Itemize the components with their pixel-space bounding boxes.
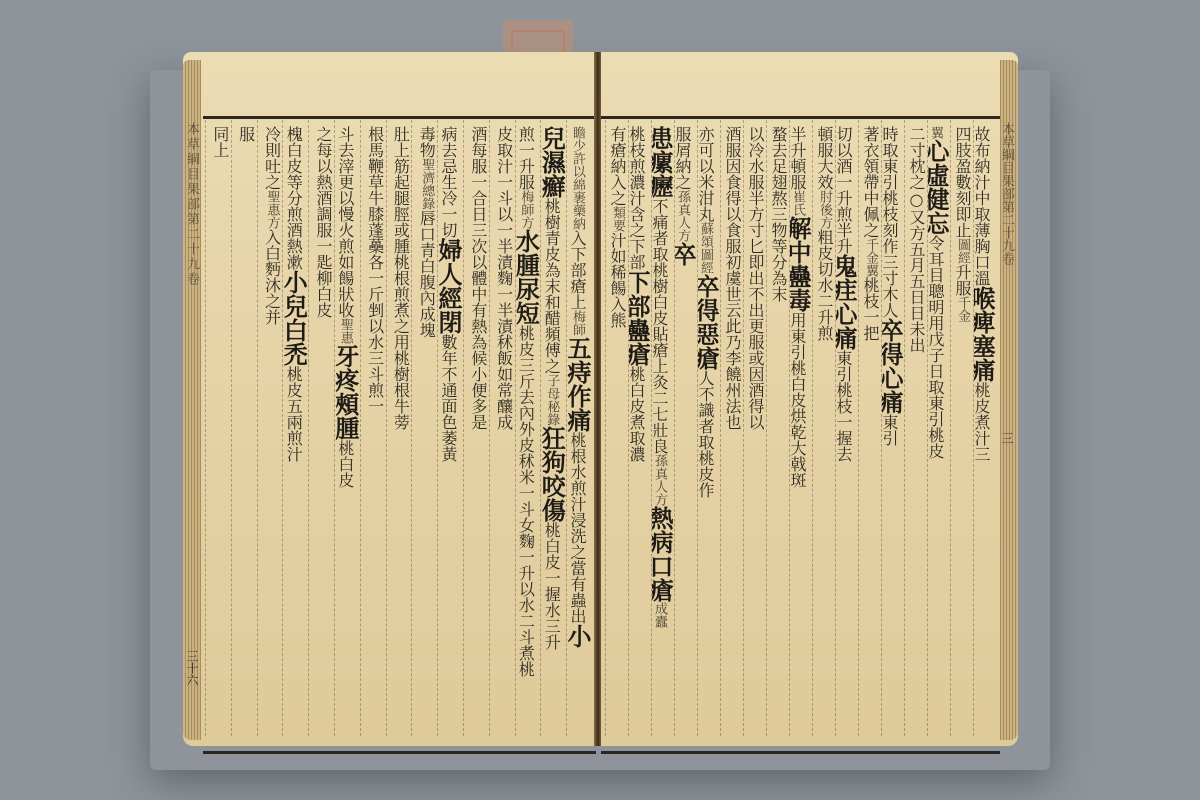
- body-text: 桃白皮: [336, 440, 355, 488]
- body-text: 桃枝一把: [861, 277, 880, 341]
- entry-heading: 心虛健忘: [927, 139, 950, 235]
- source-citation: 孫真人方: [652, 454, 667, 506]
- body-text: 二寸枕之○又方五月五日日未出: [907, 126, 926, 353]
- source-citation: 聖惠方: [264, 190, 279, 229]
- body-text: 柳白皮: [314, 270, 333, 318]
- text-column: 有瘡納入之類要汁如稀餳入熊: [605, 120, 628, 736]
- source-citation: 聖濟總錄: [419, 158, 434, 210]
- body-text: 桃皮三斤去內外皮秫米一斗女麴一升以水二斗煮桃: [516, 325, 535, 677]
- body-text: 有瘡納入之: [608, 126, 627, 206]
- source-citation: 肘後方: [817, 190, 832, 229]
- source-citation: 子母秘錄: [544, 374, 559, 426]
- body-text: 故布納汁中取薄胸口溫: [973, 126, 991, 286]
- text-column: 頓服大效肘後方粗皮切水二升煎: [812, 120, 835, 736]
- body-text: 升服: [953, 264, 972, 296]
- body-text: 屑納之: [674, 142, 692, 190]
- text-column: 服: [231, 120, 257, 736]
- body-text: 東引: [881, 414, 899, 446]
- body-text: 四肢盈數刻即止: [953, 126, 972, 238]
- body-text: 桃樹青皮為末和醋頻傅之: [542, 198, 561, 374]
- body-text: 毒物: [417, 126, 436, 158]
- right-spine-title: 本草綱目果部第二十九卷: [1000, 122, 1016, 265]
- entry-heading: 婦人經閉: [437, 238, 463, 334]
- source-citation: 成蠹: [652, 602, 667, 628]
- right-page: 本草綱目果部第二十九卷 三 故布納汁中取薄胸口溫喉痺塞痛桃皮煮汁三四肢盈數刻即止…: [601, 52, 1018, 746]
- text-column: 槐白皮等分煎酒熱漱小兒白禿桃皮五兩煎汁: [282, 120, 308, 736]
- entry-heading: 小兒白禿: [282, 270, 308, 366]
- source-citation: 翼: [928, 126, 943, 139]
- body-text: 人不識者取桃皮作: [697, 370, 715, 498]
- entry-heading: 牙疼頰腫: [334, 344, 360, 440]
- source-citation: 千金翼: [863, 238, 878, 277]
- text-column: 二寸枕之○又方五月五日日未出: [904, 120, 927, 736]
- source-citation: 圖經: [955, 238, 970, 264]
- body-text: 時取東引桃枝刻作三寸木人: [881, 126, 899, 318]
- text-column: 斗去滓更以慢火煎如餳狀收聖惠牙疼頰腫桃白皮: [334, 120, 360, 736]
- open-book: 本草綱目果部第二十九卷 三十六 瞻少許以綿裹藥納入下部瘡上梅師五痔作痛桃根水煎汁…: [183, 52, 1018, 748]
- text-column: 著衣領帶中佩之千金翼桃枝一把: [858, 120, 881, 736]
- text-column: 切以酒一升煎半升鬼疰心痛東引桃枝一握去: [835, 120, 858, 736]
- text-column: 桃枝煎濃汁含之下部下部蠱瘡桃白皮煮取濃: [628, 120, 651, 736]
- body-text: 蝥去足翅熬三物等分為末: [769, 126, 788, 302]
- body-text: 根馬鞭草牛膝蓬蘽各一斤剉以水三斗煎一: [366, 126, 385, 414]
- left-page: 本草綱目果部第二十九卷 三十六 瞻少許以綿裹藥納入下部瘡上梅師五痔作痛桃根水煎汁…: [183, 52, 596, 746]
- entry-heading: 解中蠱毒: [789, 216, 812, 312]
- body-text: 半升頓服: [789, 126, 807, 190]
- body-text: 冷則吐之: [262, 126, 281, 190]
- body-text: 東引桃枝一握去: [835, 350, 853, 462]
- source-citation: 梅師: [570, 310, 585, 336]
- entry-heading: 小: [566, 624, 592, 648]
- left-spine-title: 本草綱目果部第二十九卷: [185, 122, 201, 287]
- entry-heading: 患瘰癧: [651, 126, 674, 198]
- text-column: 瞻少許以綿裹藥納入下部瘡上梅師五痔作痛桃根水煎汁浸洗之當有蟲出小: [566, 120, 592, 736]
- source-citation: 聖惠: [338, 318, 353, 344]
- left-folio-number: 三十六: [183, 650, 201, 686]
- text-column: 翼心虛健忘令耳目聰明用戊子日取東引桃皮: [927, 120, 950, 736]
- entry-heading: 卒得惡瘡: [697, 274, 720, 370]
- body-text: 粗皮切水二升煎: [815, 229, 834, 341]
- text-column: 之每以熱酒調服一匙柳白皮: [308, 120, 334, 736]
- body-text: 之每以熱酒調服一匙: [314, 126, 333, 270]
- body-text: 煎一升服: [516, 126, 535, 190]
- body-text: 桃白皮煮取濃: [628, 366, 646, 462]
- text-column: 患瘰癧不痛者取桃樹白皮貼瘡上灸二七壯良孫真人方熱病口瘡成蠹: [651, 120, 674, 736]
- text-column: 肚上筋起腿脛或腫桃根煎煮之用桃樹根牛蒡: [386, 120, 412, 736]
- entry-heading: 喉痺塞痛: [973, 286, 996, 382]
- source-citation: 千金: [955, 296, 970, 322]
- right-folio-number: 三: [1000, 432, 1016, 444]
- source-citation: 瞻少許以綿裹藥納: [570, 126, 585, 230]
- body-text: 不痛者取桃樹白皮貼瘡上灸二七壯良: [651, 198, 669, 454]
- body-text: 用東引桃白皮烘乾大戟斑: [789, 312, 807, 488]
- body-text: 服: [237, 126, 256, 142]
- entry-heading: 熱病口瘡: [651, 506, 674, 602]
- body-text: 同上: [211, 126, 230, 158]
- source-citation: 孫真人方: [675, 190, 690, 242]
- entry-heading: 兒濕癬: [540, 126, 566, 198]
- text-column: 皮取汁一斗以一半漬麴一半漬秫飯如常釀成: [489, 120, 515, 736]
- body-text: 桃白皮一握水三升: [542, 522, 561, 650]
- body-text: 入白麪沐之并: [262, 229, 281, 325]
- text-column: 服屑納之孫真人方卒: [674, 120, 697, 736]
- body-text: 肚上筋起腿脛或腫桃根煎煮之用桃樹根牛蒡: [391, 126, 410, 430]
- text-column: 根馬鞭草牛膝蓬蘽各一斤剉以水三斗煎一: [360, 120, 386, 736]
- text-column: 毒物聖濟總錄唇口青白腹內成塊: [411, 120, 437, 736]
- left-text-columns: 瞻少許以綿裹藥納入下部瘡上梅師五痔作痛桃根水煎汁浸洗之當有蟲出小兒濕癬桃樹青皮為…: [205, 120, 592, 736]
- text-column: 時取東引桃枝刻作三寸木人卒得心痛東引: [881, 120, 904, 736]
- source-citation: 崔氏: [790, 190, 805, 216]
- body-text: 桃皮五兩煎汁: [284, 366, 303, 462]
- text-column: 同上: [205, 120, 231, 736]
- text-column: 亦可以米泔丸蘇頌圖經卒得惡瘡人不識者取桃皮作: [697, 120, 720, 736]
- body-text: 酒每服一合日三次以體中有熱為候小便多是: [469, 126, 488, 430]
- body-text: 入下部瘡上: [568, 230, 587, 310]
- body-text: 桃根水煎汁浸洗之當有蟲出: [568, 432, 587, 624]
- text-column: 以冷水服半方寸匕即出不出更服或因酒得以: [743, 120, 766, 736]
- body-text: 酒服因食得以食服初虞世云此乃李饒州法也: [723, 126, 742, 430]
- text-column: 兒濕癬桃樹青皮為末和醋頻傅之子母秘錄狂狗咬傷桃白皮一握水三升: [540, 120, 566, 736]
- source-citation: 類要: [610, 206, 625, 232]
- body-text: 汁如稀餳入熊: [608, 232, 627, 328]
- text-column: 病去忌生冷一切婦人經閉數年不通面色萎黃: [437, 120, 463, 736]
- body-text: 下部: [628, 238, 646, 270]
- body-text: 斗去滓更以慢火煎如餳狀收: [336, 126, 355, 318]
- entry-heading: 下部蠱瘡: [628, 270, 651, 366]
- body-text: 病去忌生冷一切: [439, 126, 458, 238]
- text-column: 半升頓服崔氏解中蠱毒用東引桃白皮烘乾大戟斑: [789, 120, 812, 736]
- body-text: 桃枝煎濃汁含之: [628, 126, 646, 238]
- body-text: 皮取汁一斗以一半漬麴一半漬秫飯如常釀成: [495, 126, 514, 430]
- text-column: 故布納汁中取薄胸口溫喉痺塞痛桃皮煮汁三: [973, 120, 996, 736]
- entry-heading: 卒得心痛: [881, 318, 904, 414]
- body-text: 切以酒一升煎半升: [835, 126, 853, 254]
- text-column: 冷則吐之聖惠方入白麪沐之并: [257, 120, 283, 736]
- text-column: 煎一升服梅師方水腫尿短桃皮三斤去內外皮秫米一斗女麴一升以水二斗煮桃: [515, 120, 541, 736]
- text-column: 酒服因食得以食服初虞世云此乃李饒州法也: [720, 120, 743, 736]
- entry-heading: 水腫尿短: [515, 229, 541, 325]
- body-text: 頓服大效: [815, 126, 834, 190]
- body-text: 桃皮煮汁三: [973, 382, 991, 462]
- right-text-columns: 故布納汁中取薄胸口溫喉痺塞痛桃皮煮汁三四肢盈數刻即止圖經升服千金翼心虛健忘令耳目…: [605, 120, 996, 736]
- body-text: 著衣領帶中佩之: [861, 126, 880, 238]
- entry-heading: 狂狗咬傷: [540, 426, 566, 522]
- body-text: 數年不通面色萎黃: [439, 334, 458, 462]
- body-text: 亦可以米泔丸: [697, 126, 715, 222]
- entry-heading: 五痔: [566, 336, 592, 384]
- text-column: 酒每服一合日三次以體中有熱為候小便多是: [463, 120, 489, 736]
- source-citation: 蘇頌圖經: [698, 222, 713, 274]
- source-citation: 梅師方: [518, 190, 533, 229]
- text-column: 蝥去足翅熬三物等分為末: [766, 120, 789, 736]
- body-text: 唇口青白腹內成塊: [417, 210, 436, 338]
- body-text: 令耳目聰明用戊子日取東引桃皮: [927, 235, 945, 459]
- body-text: 以冷水服半方寸匕即出不出更服或因酒得以: [746, 126, 765, 430]
- body-text: 槐白皮等分煎酒熱漱: [284, 126, 303, 270]
- entry-heading: 卒: [674, 242, 697, 266]
- entry-heading: 鬼疰心痛: [835, 254, 858, 350]
- entry-heading: 作痛: [566, 384, 592, 432]
- text-column: 四肢盈數刻即止圖經升服千金: [950, 120, 973, 736]
- body-text: 服: [674, 126, 692, 142]
